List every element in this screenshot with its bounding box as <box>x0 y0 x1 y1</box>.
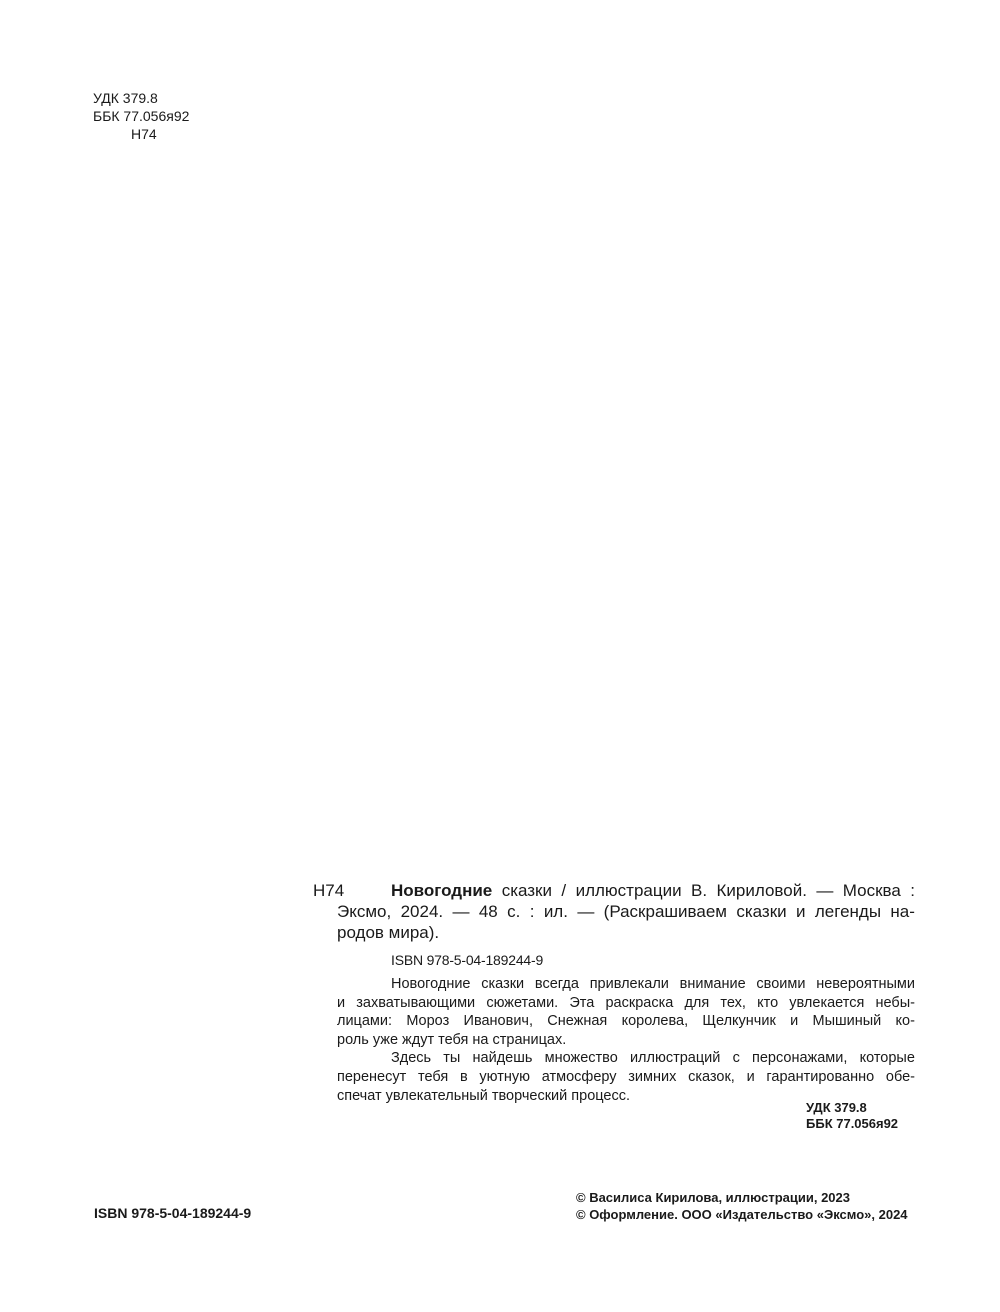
word: иллюстраций <box>630 1049 720 1068</box>
cip-isbn: ISBN 978-5-04-189244-9 <box>391 951 543 969</box>
annotation-line: изахватывающимисюжетами.Этараскраскадлят… <box>337 994 915 1013</box>
copyright-illustrations: © Василиса Кирилова, иллюстрации, 2023 <box>576 1189 908 1206</box>
word: на- <box>890 901 915 922</box>
cip-line: Новогодниесказки/иллюстрацииВ.Кириловой.… <box>337 880 915 901</box>
word: иллюстрации <box>576 880 682 901</box>
word: сюжетами. <box>486 994 558 1013</box>
word: — <box>452 901 469 922</box>
word: невероятными <box>816 975 915 994</box>
word: для <box>684 994 709 1013</box>
copyright-block: © Василиса Кирилова, иллюстрации, 2023 ©… <box>576 1189 908 1223</box>
word: : <box>910 880 915 901</box>
word: тебя <box>418 1068 448 1087</box>
word: Снежная <box>547 1012 607 1031</box>
word: Здесь <box>391 1049 431 1068</box>
word: — <box>577 901 594 922</box>
classification-codes-bottom: УДК 379.8 ББК 77.056я92 <box>806 1100 898 1132</box>
word: королева, <box>622 1012 689 1031</box>
word: 2024. <box>401 901 444 922</box>
word: и <box>337 994 345 1013</box>
word: всегда <box>535 975 579 994</box>
word: Эта <box>569 994 594 1013</box>
word: тех, <box>720 994 746 1013</box>
word: перенесут <box>337 1068 406 1087</box>
word: своими <box>756 975 805 994</box>
annotation-line: роль уже ждут тебя на страницах. <box>337 1031 915 1050</box>
book-title-bold: Новогодние <box>391 880 492 901</box>
copyright-design: © Оформление. ООО «Издательство «Эксмо»,… <box>576 1206 908 1223</box>
word: внимание <box>680 975 746 994</box>
word: лицами: <box>337 1012 392 1031</box>
udk-code: УДК 379.8 <box>93 89 189 107</box>
word: Мороз <box>406 1012 449 1031</box>
word: ил. <box>544 901 568 922</box>
bbk-code: ББК 77.056я92 <box>93 107 189 125</box>
word: В. <box>691 880 707 901</box>
word: обе- <box>886 1068 915 1087</box>
word: (Раскрашиваем <box>604 901 727 922</box>
annotation-line: лицами:МорозИванович,Снежнаякоролева,Щел… <box>337 1012 915 1031</box>
isbn-bottom: ISBN 978-5-04-189244-9 <box>94 1204 251 1222</box>
word: персонажами, <box>752 1049 847 1068</box>
word: Иванович, <box>464 1012 533 1031</box>
word: легенды <box>815 901 881 922</box>
word: найдешь <box>473 1049 533 1068</box>
word: сказки <box>736 901 786 922</box>
classification-codes-top: УДК 379.8 ББК 77.056я92 Н74 <box>93 89 189 143</box>
annotation-line: перенесуттебявуютнуюатмосферузимнихсказо… <box>337 1068 915 1087</box>
word: кто <box>757 994 778 1013</box>
bbk-code: ББК 77.056я92 <box>806 1116 898 1132</box>
word: 48 <box>479 901 498 922</box>
udk-code: УДК 379.8 <box>806 1100 898 1116</box>
word: в <box>460 1068 468 1087</box>
cip-line: Эксмо,2024.—48с.:ил.—(Раскрашиваемсказки… <box>337 901 915 922</box>
word: ко- <box>896 1012 915 1031</box>
author-mark: Н74 <box>93 125 189 143</box>
word: Москва <box>843 880 901 901</box>
word: зимних <box>628 1068 676 1087</box>
word: уютную <box>479 1068 530 1087</box>
word: множество <box>545 1049 618 1068</box>
word: с. <box>507 901 520 922</box>
word: раскраска <box>605 994 673 1013</box>
word: Эксмо, <box>337 901 391 922</box>
annotation: Новогодниесказкивсегдапривлекаливнимание… <box>337 975 915 1105</box>
word: / <box>561 880 566 901</box>
word: и <box>747 1068 755 1087</box>
word: сказок, <box>688 1068 735 1087</box>
word: Кириловой. <box>717 880 807 901</box>
word: небы- <box>876 994 915 1013</box>
word: родов мира). <box>337 922 439 943</box>
word: увлекается <box>789 994 864 1013</box>
word: атмосферу <box>542 1068 617 1087</box>
word: привлекали <box>590 975 669 994</box>
annotation-line: Здесьтынайдешьмножествоиллюстрацийсперсо… <box>337 1049 915 1068</box>
word: ты <box>443 1049 460 1068</box>
word: захватывающими <box>356 994 475 1013</box>
word: : <box>530 901 535 922</box>
word: и <box>796 901 806 922</box>
word: сказки <box>481 975 524 994</box>
word: Мышиный <box>812 1012 881 1031</box>
annotation-line: Новогодниесказкивсегдапривлекаливнимание… <box>337 975 915 994</box>
cip-line: родов мира). <box>337 922 915 943</box>
word: Новогодние <box>391 975 471 994</box>
word: с <box>733 1049 740 1068</box>
word: гарантированно <box>766 1068 874 1087</box>
word: которые <box>860 1049 915 1068</box>
word: Щелкунчик <box>702 1012 775 1031</box>
word: — <box>816 880 833 901</box>
word: сказки <box>502 880 552 901</box>
word: и <box>790 1012 798 1031</box>
bibliographic-description: Новогодниесказки/иллюстрацииВ.Кириловой.… <box>337 880 915 943</box>
